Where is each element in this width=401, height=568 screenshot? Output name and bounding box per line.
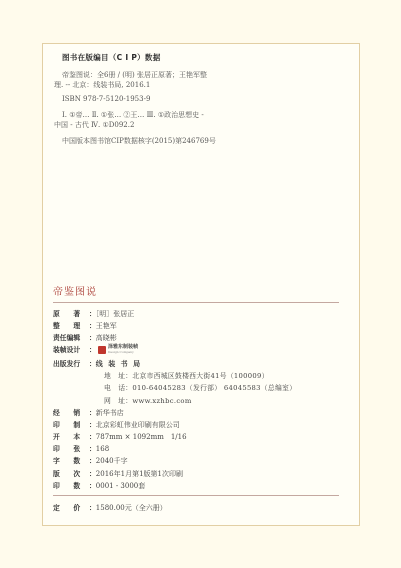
label: 版 次 xyxy=(53,469,89,480)
cip-line-classification-2: 中国 - 古代 Ⅳ. ①D092.2 xyxy=(54,120,134,130)
row-design: 装帧设计： 泽雅东制装帧 Design Company xyxy=(53,345,138,356)
publisher-web: 网 址：www.xzhbc.com xyxy=(104,396,192,407)
row-sheets: 印 张：168 xyxy=(53,444,109,455)
book-title: 帝鉴图说 xyxy=(53,283,97,298)
value: 0001 - 3000套 xyxy=(96,482,145,490)
row-printer: 印 制：北京彩虹伟业印刷有限公司 xyxy=(53,420,180,431)
row-price: 定 价：1580.00元（全六册） xyxy=(53,503,167,514)
label: 印 数 xyxy=(53,481,89,492)
publisher-phone: 电 话：010-64045283（发行部） 64045583（总编室） xyxy=(104,383,296,394)
row-print-run: 印 数：0001 - 3000套 xyxy=(53,481,145,492)
label: 字 数 xyxy=(53,456,89,467)
logo-name-en: Design Company xyxy=(108,350,138,355)
cip-line-1: 帝鉴图说：全6册 / (明) 张居正原著；王艳军整 xyxy=(62,70,207,80)
label: 定 价 xyxy=(53,503,89,514)
cip-title: 图书在版编目（C I P）数据 xyxy=(62,52,161,63)
title-rule xyxy=(53,302,339,303)
cip-line-library: 中国版本图书馆CIP数据核字(2015)第246769号 xyxy=(62,136,216,146)
value: ［明］张居正 xyxy=(96,310,135,318)
value: 1580.00元（全六册） xyxy=(96,504,167,512)
value: 787mm × 1092mm 1/16 xyxy=(96,433,187,441)
row-editor: 整 理：王艳军 xyxy=(53,321,117,332)
design-logo: 泽雅东制装帧 Design Company xyxy=(98,345,138,355)
price-rule xyxy=(53,495,339,496)
label: 出版发行 xyxy=(53,359,89,370)
address-value: 北京市西城区鼓楼西大街41号（100009） xyxy=(132,372,268,380)
label: 开 本 xyxy=(53,432,89,443)
label: 原 著 xyxy=(53,309,89,320)
row-words: 字 数：2040千字 xyxy=(53,456,128,467)
row-edition: 版 次：2016年1月第1版第1次印刷 xyxy=(53,469,183,480)
publisher-address: 地 址：北京市西城区鼓楼西大街41号（100009） xyxy=(104,371,269,382)
cip-line-2: 理. -- 北京：线装书局, 2016.1 xyxy=(54,80,150,90)
value: 2016年1月第1版第1次印刷 xyxy=(96,470,183,478)
label: 装帧设计 xyxy=(53,345,89,356)
cip-line-classification: Ⅰ. ①帝… Ⅱ. ①张… ②王… Ⅲ. ①政治思想史 - xyxy=(62,110,204,120)
label: 印 张 xyxy=(53,444,89,455)
publisher-name: 线 装 书 局 xyxy=(96,359,142,368)
row-author: 原 著：［明］张居正 xyxy=(53,309,134,320)
row-format: 开 本：787mm × 1092mm 1/16 xyxy=(53,432,187,443)
row-responsible-editor: 责任编辑：高晓彬 xyxy=(53,333,117,344)
value: 新华书店 xyxy=(96,409,124,417)
row-distributor: 经 销：新华书店 xyxy=(53,408,124,419)
label: 责任编辑 xyxy=(53,333,89,344)
cip-isbn: ISBN 978-7-5120-1953-9 xyxy=(62,95,150,103)
value: 2040千字 xyxy=(96,457,128,465)
row-publisher: 出版发行：线 装 书 局 xyxy=(53,358,142,369)
seal-icon xyxy=(98,346,106,354)
label: 整 理 xyxy=(53,321,89,332)
web-value: www.xzhbc.com xyxy=(132,397,191,405)
value: 高晓彬 xyxy=(96,334,117,342)
value: 王艳军 xyxy=(96,322,117,330)
label: 经 销 xyxy=(53,408,89,419)
value: 168 xyxy=(96,445,109,453)
value: 北京彩虹伟业印刷有限公司 xyxy=(96,421,180,429)
label: 印 制 xyxy=(53,420,89,431)
phone-value: 010-64045283（发行部） 64045583（总编室） xyxy=(132,384,296,392)
